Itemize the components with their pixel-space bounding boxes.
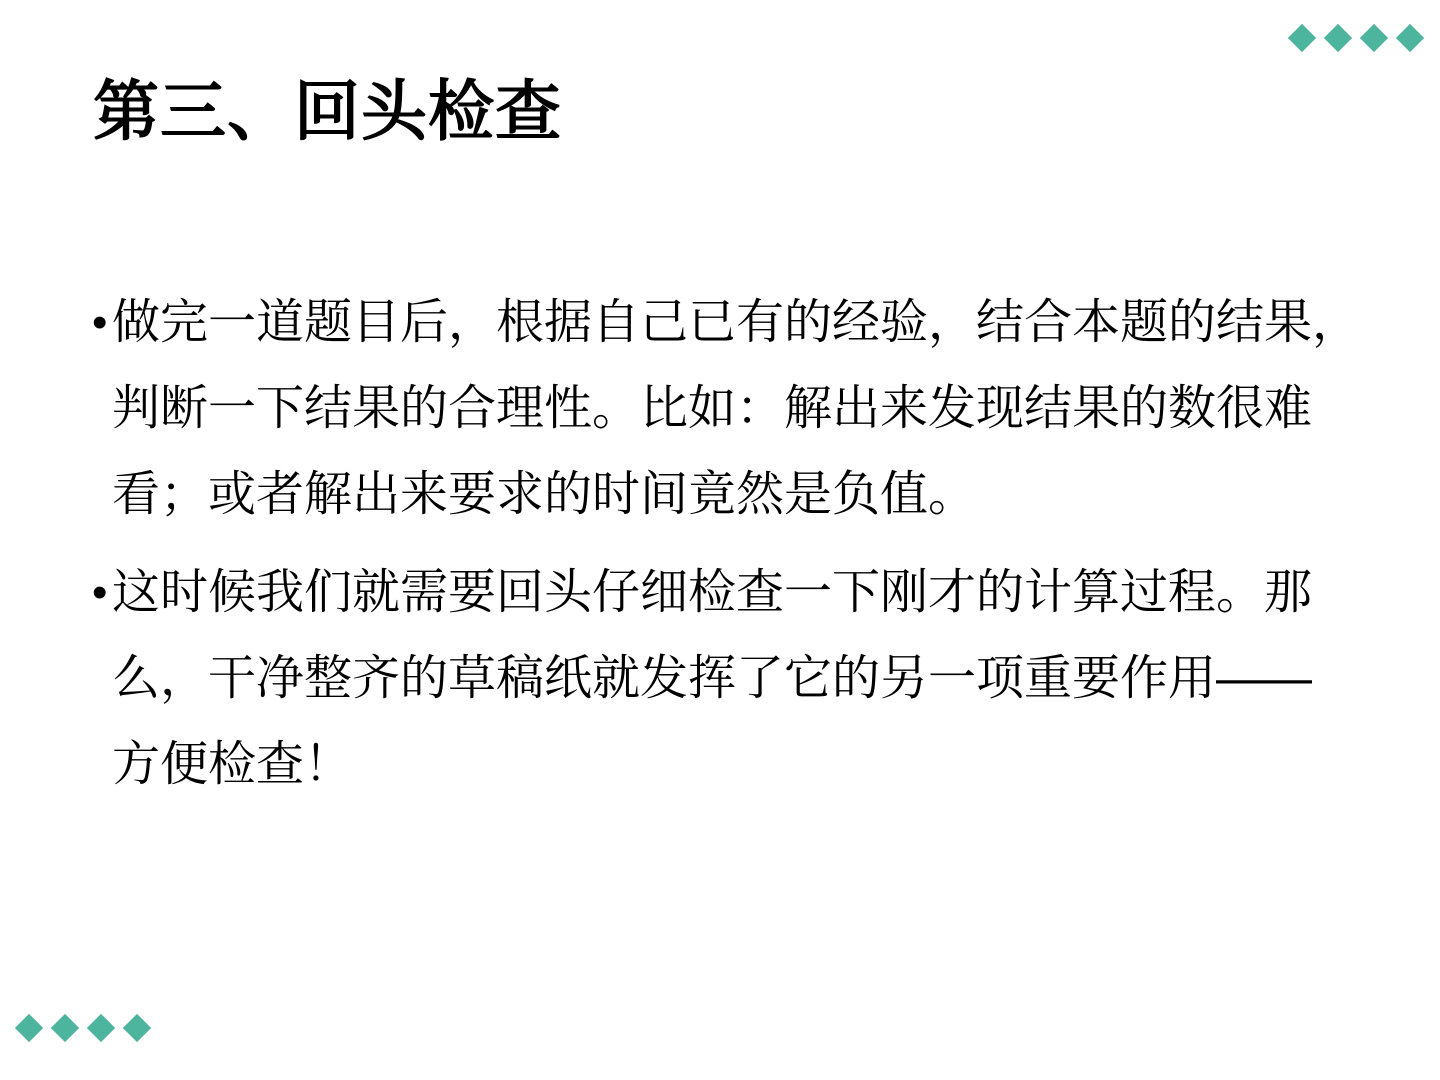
diamond-icon [1360, 24, 1388, 52]
bullet-marker: • [92, 280, 112, 366]
bullet-item: • 做完一道题目后，根据自己已有的经验，结合本题的结果， 判断一下结果的合理性。… [92, 280, 1384, 538]
page-title: 第三、回头检查 [93, 74, 562, 150]
bullet-text: 做完一道题目后，根据自己已有的经验，结合本题的结果， 判断一下结果的合理性。比如… [112, 280, 1384, 538]
text-line: 方便检查！ [112, 722, 1384, 808]
diamond-icon [51, 1014, 79, 1042]
bullet-text: 这时候我们就需要回头仔细检查一下刚才的计算过程。那 么，干净整齐的草稿纸就发挥了… [112, 550, 1384, 808]
slide: 第三、回头检查 • 做完一道题目后，根据自己已有的经验，结合本题的结果， 判断一… [0, 0, 1440, 1080]
diamond-icon [15, 1014, 43, 1042]
diamond-icon [87, 1014, 115, 1042]
text-line: 做完一道题目后，根据自己已有的经验，结合本题的结果， [112, 280, 1384, 366]
diamond-icon [123, 1014, 151, 1042]
decor-diamonds-bottom-left [19, 1018, 147, 1038]
diamond-icon [1288, 24, 1316, 52]
decor-diamonds-top-right [1292, 28, 1420, 48]
bullet-marker: • [92, 550, 112, 636]
slide-body: • 做完一道题目后，根据自己已有的经验，结合本题的结果， 判断一下结果的合理性。… [92, 280, 1384, 820]
text-line: 么，干净整齐的草稿纸就发挥了它的另一项重要作用—— [112, 636, 1384, 722]
text-line: 看；或者解出来要求的时间竟然是负值。 [112, 452, 1384, 538]
diamond-icon [1324, 24, 1352, 52]
text-line: 这时候我们就需要回头仔细检查一下刚才的计算过程。那 [112, 550, 1384, 636]
diamond-icon [1396, 24, 1424, 52]
text-line: 判断一下结果的合理性。比如：解出来发现结果的数很难 [112, 366, 1384, 452]
bullet-item: • 这时候我们就需要回头仔细检查一下刚才的计算过程。那 么，干净整齐的草稿纸就发… [92, 550, 1384, 808]
